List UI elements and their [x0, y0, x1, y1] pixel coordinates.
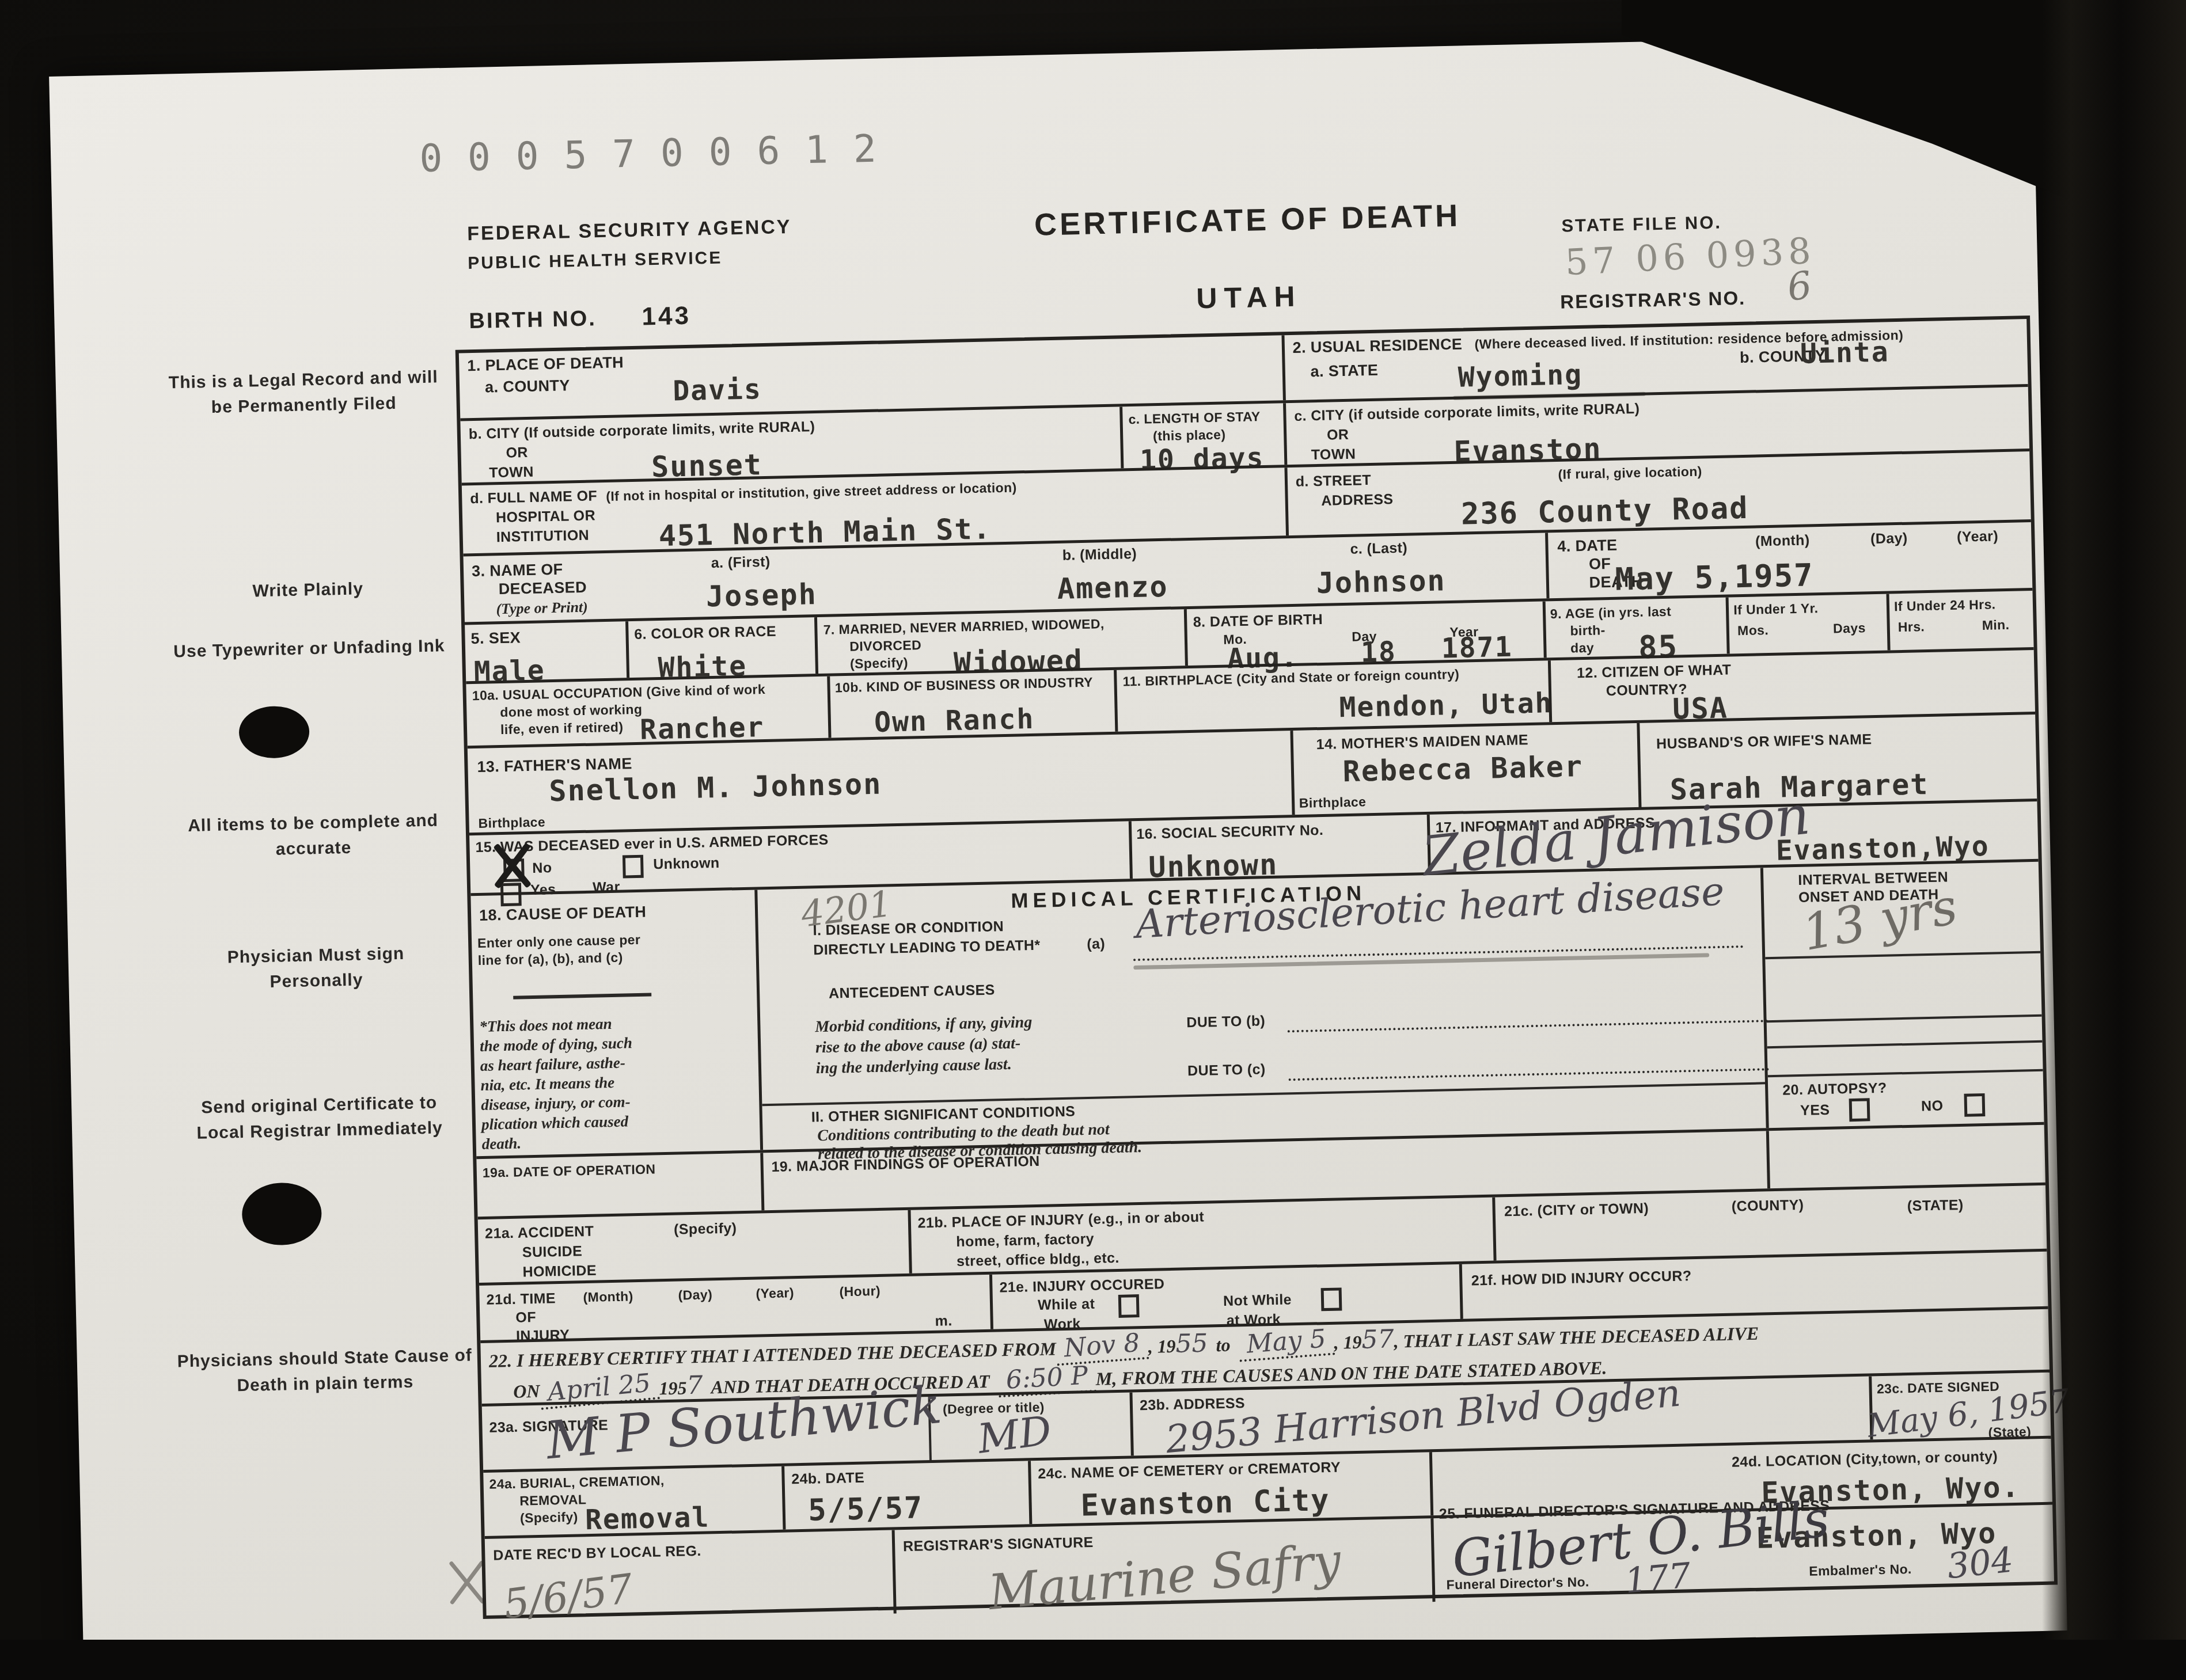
agency-name: FEDERAL SECURITY AGENCY: [467, 215, 792, 246]
while-at-label: While at: [1038, 1295, 1095, 1314]
field-burial-date: 24b. DATE 5/5/57: [781, 1461, 1029, 1529]
under24-min-label: Min.: [1982, 617, 2010, 634]
burial-date-value: 5/5/57: [808, 1491, 924, 1527]
field-cause-of-death-sidebar: 18. CAUSE OF DEATH Enter only one cause …: [470, 890, 760, 1157]
field-industry: 10b. KIND OF BUSINESS OR INDUSTRY Own Ra…: [827, 670, 1115, 738]
institution-label2: HOSPITAL OR: [496, 507, 596, 527]
field-medical-certification: MEDICAL CERTIFICATION 4201 I. DISEASE OR…: [754, 868, 1766, 1150]
location-label: 24d. LOCATION (City,town, or county): [1732, 1448, 1998, 1472]
occupation-label1: 10a. USUAL OCCUPATION (Give kind of work: [472, 681, 765, 704]
hole-punch-top: [238, 705, 310, 759]
certify-seg4: , 19: [1334, 1332, 1362, 1354]
death-month-label: (Month): [1755, 531, 1810, 550]
marital-label1: 7. MARRIED, NEVER MARRIED, WIDOWED,: [823, 615, 1105, 638]
last-name-label: c. (Last): [1350, 539, 1407, 558]
institution-label1: d. FULL NAME OF: [470, 487, 597, 508]
death-date-label1: 4. DATE: [1557, 536, 1618, 557]
antecedent-label: ANTECEDENT CAUSES: [829, 981, 995, 1003]
cause-foot1: *This does not mean: [479, 1015, 612, 1036]
father-birthplace-label: Birthplace: [478, 814, 545, 831]
registrar-no-label: REGISTRAR'S NO.: [1560, 286, 1746, 314]
interval-subline3: [1767, 1040, 2043, 1048]
burial-label2: REMOVAL: [519, 1491, 587, 1509]
while-at-work-checkbox: [1118, 1294, 1140, 1318]
age-label1: 9. AGE (in yrs. last: [1550, 603, 1672, 622]
field-sex: 5. SEX Male: [465, 621, 627, 681]
field-registrar-signature: REGISTRAR'S SIGNATURE Maurine Safry: [891, 1518, 1432, 1613]
field-ssn: 16. SOCIAL SECURITY No. Unknown: [1129, 815, 1428, 879]
margin-note-physician-sign: Physician Must sign Personally: [183, 940, 449, 996]
birth-no-label: BIRTH NO.: [469, 305, 597, 335]
scanner-dark-bottom: [0, 1640, 2186, 1680]
field-accident-suicide-homicide: 21a. ACCIDENT (Specify) SUICIDE HOMICIDE: [478, 1210, 909, 1283]
certify-to-date: May 5: [1238, 1323, 1335, 1362]
residence-state-value: Wyoming: [1458, 359, 1582, 394]
place-county-label: a. COUNTY: [485, 376, 570, 397]
age-label3: day: [1570, 640, 1594, 657]
institution-label3: INSTITUTION: [496, 527, 589, 547]
margin-note-legal-record: This is a Legal Record and will be Perma…: [159, 364, 448, 421]
state-file-number-stamp: 57 06 0938: [1564, 229, 1816, 283]
field-autopsy-spacer: [1766, 1125, 2045, 1189]
field-mother-name: 14. MOTHER'S MAIDEN NAME Rebecca Baker B…: [1290, 723, 1638, 815]
margin-note-send-original: Send original Certificate to Local Regis…: [192, 1090, 447, 1146]
operation-date-label: 19a. DATE OF OPERATION: [483, 1161, 656, 1181]
injury-hour-label: (Hour): [839, 1283, 881, 1300]
cause-foot5: disease, injury, or com-: [481, 1093, 631, 1114]
stay-label: c. LENGTH OF STAY: [1128, 408, 1261, 428]
accident-specify-label: (Specify): [674, 1219, 737, 1239]
margin-note-write-plainly: Write Plainly: [164, 575, 452, 606]
middle-name-label: b. (Middle): [1062, 545, 1137, 565]
not-while-at-work-checkbox: [1321, 1287, 1342, 1311]
margin-note-complete: All items to be complete and accurate: [180, 808, 446, 864]
armed-forces-no-label: No: [532, 859, 552, 877]
burial-value: Removal: [585, 1501, 709, 1536]
injury-county-label: (COUNTY): [1732, 1196, 1804, 1216]
certify-alive-year: 7: [686, 1371, 703, 1401]
cause-foot4: nia, etc. It means the: [480, 1074, 614, 1094]
field-burial: 24a. BURIAL, CREMATION, REMOVAL (Specify…: [483, 1466, 783, 1536]
street-paren: (If rural, give location): [1558, 463, 1702, 482]
injury-city-label: 21c. (CITY or TOWN): [1504, 1200, 1649, 1221]
field-date-signed: 23c. DATE SIGNED May 6, 1957 (State): [1869, 1373, 2051, 1440]
stamped-serial-number: 0005700612: [419, 126, 902, 181]
interval-subline2: [1767, 1014, 2042, 1023]
autopsy-yes-label: YES: [1800, 1101, 1830, 1120]
age-label2: birth-: [1570, 622, 1606, 639]
first-name-value: Joseph: [705, 577, 817, 613]
birthplace-label: 11. BIRTHPLACE (City and State or foreig…: [1122, 666, 1459, 690]
injury-day-label: (Day): [678, 1286, 712, 1303]
occupation-label3: life, even if retired): [500, 719, 624, 738]
certify-seg5: , THAT I LAST SAW THE DECEASED ALIVE: [1394, 1323, 1759, 1352]
under1yr-days-label: Days: [1833, 619, 1866, 637]
injury-state-label: (STATE): [1907, 1196, 1964, 1215]
injury-time-label: 21d. TIME: [486, 1290, 556, 1309]
autopsy-yes-checkbox: [1849, 1098, 1870, 1122]
death-date-value: May 5,1957: [1615, 557, 1814, 598]
place-city-label: b. CITY (If outside corporate limits, wr…: [469, 418, 815, 443]
field-date-of-operation: 19a. DATE OF OPERATION: [476, 1153, 761, 1217]
under1yr-label: If Under 1 Yr.: [1733, 600, 1819, 618]
field-birthplace: 11. BIRTHPLACE (City and State or foreig…: [1114, 660, 1549, 731]
field-under-1yr: If Under 1 Yr. Mos. Days: [1726, 594, 1888, 654]
injury-occurred-label: 21e. INJURY OCCURED: [999, 1275, 1164, 1297]
place-of-death-label: 1. PLACE OF DEATH: [467, 353, 624, 376]
disease-a-label: (a): [1087, 935, 1105, 953]
accident-label1: 21a. ACCIDENT: [485, 1223, 594, 1243]
injury-place-label3: street, office bldg., etc.: [957, 1249, 1119, 1271]
field-under-24hrs: If Under 24 Hrs. Hrs. Min.: [1887, 591, 2034, 651]
under24-label: If Under 24 Hrs.: [1894, 596, 1996, 615]
certify-seg2: , 19: [1148, 1336, 1176, 1358]
last-name-value: Johnson: [1316, 564, 1446, 600]
interval-subline4: [1768, 1069, 2043, 1077]
stay-sub-label: (this place): [1153, 426, 1226, 444]
field-date-of-birth: 8. DATE OF BIRTH Mo. Day Year Aug. 18 18…: [1184, 602, 1543, 666]
death-year-label: (Year): [1957, 527, 1999, 546]
field-date-of-death: 4. DATE OF DEATH (Month) (Day) (Year) Ma…: [1545, 522, 2033, 598]
race-label: 6. COLOR OR RACE: [634, 623, 776, 644]
date-received-value: 5/6/57: [501, 1565, 636, 1628]
due-c-dotted-line: [1288, 1047, 1770, 1081]
father-value: Snellon M. Johnson: [549, 767, 882, 808]
margin-note-typewriter: Use Typewriter or Unfading Ink: [154, 633, 465, 664]
divider-line: [513, 993, 651, 999]
morbid-line2: rise to the above cause (a) stat-: [815, 1035, 1021, 1058]
certify-from-year: 55: [1175, 1329, 1208, 1359]
street-label1: d. STREET: [1295, 472, 1371, 491]
degree-value: MD: [975, 1407, 1054, 1462]
cause-note2: line for (a), (b), and (c): [478, 949, 623, 969]
accident-label3: HOMICIDE: [522, 1262, 597, 1282]
cause-note1: Enter only one cause per: [477, 932, 641, 952]
registrar-signature-label: REGISTRAR'S SIGNATURE: [903, 1534, 1094, 1556]
place-city-town: TOWN: [489, 463, 534, 482]
scan-background: 0005700612 FEDERAL SECURITY AGENCY PUBLI…: [0, 0, 2186, 1680]
morbid-line1: Morbid conditions, if any, giving: [815, 1013, 1033, 1036]
disease-label1: I. DISEASE OR CONDITION: [813, 918, 1004, 940]
certify-seg3: to: [1208, 1334, 1239, 1356]
occupation-label2: done most of working: [500, 701, 643, 721]
industry-value: Own Ranch: [874, 703, 1035, 739]
morbid-line3: ing the underlying cause last.: [816, 1055, 1012, 1078]
due-to-b-label: DUE TO (b): [1186, 1012, 1266, 1032]
how-injury-label: 21f. HOW DID INJURY OCCUR?: [1471, 1267, 1692, 1290]
place-county-value: Davis: [673, 373, 762, 407]
autopsy-no-checkbox: [1964, 1093, 1986, 1117]
field-occupation: 10a. USUAL OCCUPATION (Give kind of work…: [466, 676, 828, 746]
certify-seg6: ON: [513, 1381, 540, 1402]
residence-city-town: TOWN: [1311, 446, 1356, 465]
armed-forces-unknown-label: Unknown: [653, 854, 720, 874]
residence-city-or: OR: [1327, 426, 1349, 444]
due-to-c-label: DUE TO (c): [1187, 1061, 1266, 1080]
cemetery-value: Evanston City: [1080, 1483, 1330, 1523]
place-city-or: OR: [506, 444, 528, 462]
field-interval-column: INTERVAL BETWEEN ONSET AND DEATH 13 yrs …: [1760, 862, 2044, 1128]
burial-date-label: 24b. DATE: [791, 1469, 864, 1489]
certify-to-year: 57: [1361, 1324, 1394, 1354]
state-name: UTAH: [952, 273, 1546, 322]
cause-foot3: as heart failure, asthe-: [480, 1054, 625, 1074]
armed-forces-unknown-checkbox: [623, 855, 644, 879]
injury-place-label1: 21b. PLACE OF INJURY (e.g., in or about: [917, 1208, 1204, 1233]
injury-time-label2: OF: [515, 1309, 536, 1327]
cause-foot6: plication which caused: [481, 1112, 629, 1134]
burial-label1: 24a. BURIAL, CREMATION,: [489, 1472, 665, 1492]
not-while-label: Not While: [1223, 1291, 1292, 1310]
certify-from-date: Nov 8: [1055, 1328, 1149, 1366]
date-received-label: DATE REC'D BY LOCAL REG.: [493, 1542, 701, 1565]
mother-value: Rebecca Baker: [1342, 750, 1584, 788]
burial-specify-label: (Specify): [520, 1508, 578, 1526]
major-findings-label: 19. MAJOR FINDINGS OF OPERATION: [771, 1153, 1040, 1176]
autopsy-label: 20. AUTOPSY?: [1782, 1080, 1887, 1100]
street-value: 236 County Road: [1460, 491, 1749, 532]
autopsy-no-label: NO: [1921, 1097, 1944, 1116]
cause-foot7: death.: [481, 1134, 521, 1153]
hole-punch-bottom: [241, 1182, 322, 1246]
injury-m-label: m.: [935, 1312, 952, 1331]
residence-state-label: a. STATE: [1310, 361, 1378, 382]
cause-foot2: the mode of dying, such: [480, 1034, 632, 1055]
citizen-label1: 12. CITIZEN OF WHAT: [1577, 661, 1732, 682]
cemetery-label: 24c. NAME OF CEMETERY or CREMATORY: [1038, 1459, 1341, 1484]
institution-paren: (If not in hospital or institution, give…: [606, 479, 1017, 504]
injury-month-label: (Month): [583, 1288, 633, 1306]
book-spine-shadow: [2042, 0, 2186, 1680]
deceased-label3: (Type or Print): [496, 599, 588, 618]
field-spouse-name: HUSBAND'S OR WIFE'S NAME Sarah Margaret: [1637, 714, 2037, 807]
under24-hrs-label: Hrs.: [1898, 618, 1925, 636]
under1yr-mos-label: Mos.: [1737, 622, 1769, 639]
birth-no-value: 143: [642, 300, 692, 333]
ssn-label: 16. SOCIAL SECURITY No.: [1136, 822, 1324, 843]
birthplace-value: Mendon, Utah: [1339, 687, 1553, 724]
deceased-label2: DECEASED: [498, 578, 587, 599]
injury-place-label2: home, farm, factory: [956, 1230, 1094, 1251]
field-age: 9. AGE (in yrs. last birth- day 85: [1542, 598, 1727, 658]
field-citizen: 12. CITIZEN OF WHAT COUNTRY? USA: [1548, 650, 2035, 722]
marital-label2: DIVORCED: [849, 637, 921, 655]
embalmer-no-value: 304: [1945, 1540, 2015, 1587]
death-day-label: (Day): [1870, 530, 1908, 549]
armed-forces-no-x-mark-icon: [485, 839, 533, 893]
injury-year-label: (Year): [756, 1284, 794, 1302]
field-date-received: DATE REC'D BY LOCAL REG. 5/6/57: [485, 1530, 894, 1622]
embalmer-no-label: Embalmer's No.: [1809, 1561, 1912, 1580]
agency-service: PUBLIC HEALTH SERVICE: [468, 247, 723, 274]
residence-county-value: Uinta: [1800, 336, 1889, 370]
industry-label: 10b. KIND OF BUSINESS OR INDUSTRY: [835, 674, 1094, 697]
mother-label: 14. MOTHER'S MAIDEN NAME: [1316, 731, 1528, 754]
spouse-label: HUSBAND'S OR WIFE'S NAME: [1656, 731, 1872, 753]
field-marital-status: 7. MARRIED, NEVER MARRIED, WIDOWED, DIVO…: [814, 609, 1185, 674]
field-funeral-director: 25. FUNERAL DIRECTOR'S SIGNATURE AND ADD…: [1430, 1505, 2054, 1602]
mother-birthplace-label: Birthplace: [1299, 793, 1367, 811]
residence-label: 2. USUAL RESIDENCE: [1292, 335, 1462, 358]
first-name-label: a. (First): [711, 553, 771, 572]
street-label2: ADDRESS: [1321, 491, 1394, 510]
certify-seg7: 195: [659, 1377, 687, 1399]
due-b-dotted-line: [1287, 999, 1768, 1032]
accident-label2: SUICIDE: [522, 1242, 583, 1262]
residence-city-label: c. CITY (if outside corporate limits, wr…: [1294, 400, 1640, 425]
field-cemetery: 24c. NAME OF CEMETERY or CREMATORY Evans…: [1028, 1452, 1430, 1524]
marital-label3: (Specify): [850, 655, 908, 672]
sex-label: 5. SEX: [470, 628, 521, 649]
birth-date-label: 8. DATE OF BIRTH: [1193, 611, 1323, 632]
death-certificate-page: 0005700612 FEDERAL SECURITY AGENCY PUBLI…: [49, 33, 2067, 1674]
margin-note-plain-terms: Physicians should State Cause of Death i…: [163, 1343, 487, 1400]
state-file-label: STATE FILE NO.: [1561, 212, 1722, 238]
certificate-form: 1. PLACE OF DEATH a. COUNTY Davis 2. USU…: [456, 316, 2058, 1619]
section-divider: [762, 1082, 1765, 1106]
field-length-of-stay: c. LENGTH OF STAY (this place) 10 days: [1119, 403, 1284, 468]
death-date-label2: OF: [1589, 554, 1611, 575]
disease-label2: DIRECTLY LEADING TO DEATH*: [813, 937, 1041, 960]
cause-title: 18. CAUSE OF DEATH: [479, 903, 647, 926]
middle-name-value: Amenzo: [1057, 570, 1168, 606]
certificate-title: CERTIFICATE OF DEATH: [950, 195, 1544, 246]
field-color-race: 6. COLOR OR RACE White: [625, 617, 816, 678]
field-injury-occurred: 21e. INJURY OCCURED While at Work Not Wh…: [989, 1264, 1460, 1329]
field-injury-city: 21c. (CITY or TOWN) (COUNTY) (STATE): [1492, 1185, 2047, 1261]
